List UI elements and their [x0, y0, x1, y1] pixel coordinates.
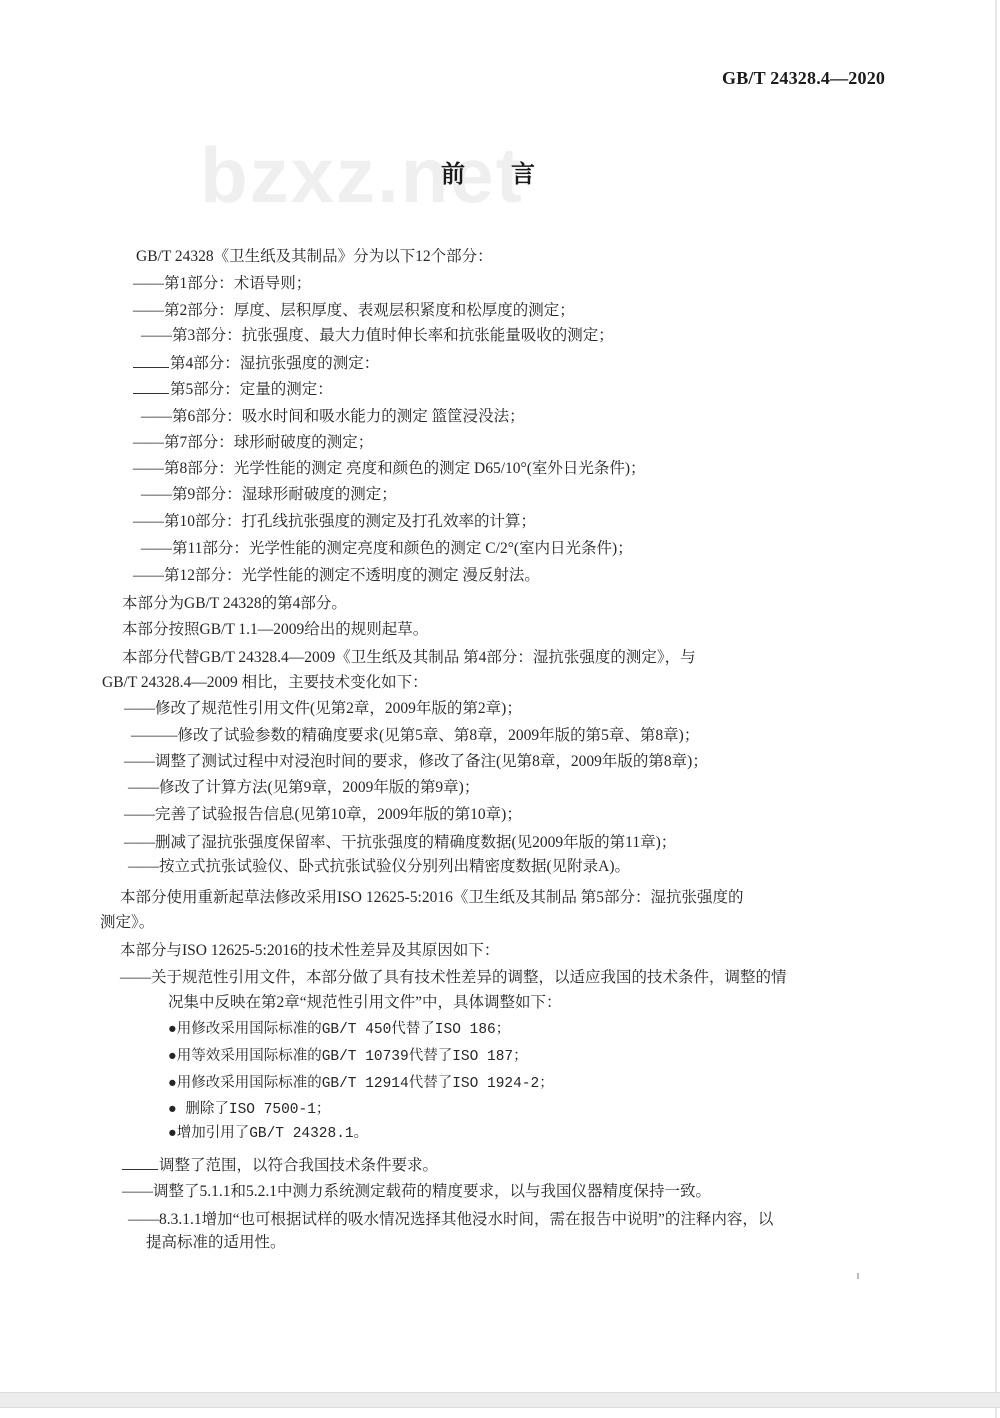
bullet-item: ●增加引用了GB/T 24328.1。	[168, 1124, 368, 1144]
blank-line	[133, 381, 169, 394]
part-item: ——第8部分：光学性能的测定 亮度和颜色的测定 D65/10°(室外日光条件)；	[133, 459, 646, 479]
blank-line	[133, 355, 169, 368]
diff-item: ——8.3.1.1增加“也可根据试样的吸水情况选择其他浸水时间，需在报告中说明”…	[128, 1210, 773, 1230]
paragraph-continued: GB/T 24328.4—2009 相比，主要技术变化如下：	[102, 673, 428, 693]
part-item: 第4部分：湿抗张强度的测定：	[133, 354, 379, 374]
paragraph: 本部分按照GB/T 1.1—2009给出的规则起草。	[122, 620, 428, 640]
part-item: ——第7部分：球形耐破度的测定；	[133, 433, 373, 453]
part-text: 第4部分：湿抗张强度的测定：	[170, 355, 379, 372]
part-item: 第5部分：定量的测定：	[133, 380, 333, 400]
change-item: ——按立式抗张试验仪、卧式抗张试验仪分别列出精密度数据(见附录A)。	[128, 857, 630, 877]
paragraph: 本部分代替GB/T 24328.4—2009《卫生纸及其制品 第4部分：湿抗张强…	[122, 648, 696, 668]
part-item: ——第10部分：打孔线抗张强度的测定及打孔效率的计算；	[133, 512, 536, 532]
page-separator	[0, 1392, 1000, 1408]
page-title: 前言	[441, 154, 581, 189]
bullet-item: ● 删除了ISO 7500-1；	[168, 1100, 330, 1120]
part-item: ——第1部分：术语导则；	[133, 274, 311, 294]
page-edge	[995, 0, 997, 1418]
bullet-item: ●用修改采用国际标准的GB/T 450代替了ISO 186；	[168, 1020, 510, 1040]
part-text: 第5部分：定量的测定：	[170, 381, 333, 398]
paragraph-continued: 测定》。	[100, 913, 154, 933]
diff-item-continued: 提高标准的适用性。	[146, 1233, 286, 1253]
change-item: ——修改了规范性引用文件(见第2章，2009年版的第2章)；	[124, 699, 522, 719]
page-number-mark	[857, 1273, 859, 1279]
diff-item: 调整了范围，以符合我国技术条件要求。	[122, 1156, 438, 1176]
part-item: ——第12部分：光学性能的测定不透明度的测定 漫反射法。	[133, 566, 540, 586]
part-item: ——第3部分：抗张强度、最大力值时伸长率和抗张能量吸收的测定；	[141, 326, 614, 346]
part-item: ——第6部分：吸水时间和吸水能力的测定 篮筐浸没法；	[141, 407, 525, 427]
standard-code: GB/T 24328.4—2020	[722, 68, 885, 89]
intro-text: GB/T 24328《卫生纸及其制品》分为以下12个部分：	[136, 247, 493, 267]
paragraph: 本部分与ISO 12625-5:2016的技术性差异及其原因如下：	[120, 941, 499, 961]
part-item: ——第2部分：厚度、层积厚度、表观层积紧度和松厚度的测定；	[133, 301, 575, 321]
diff-text: 调整了范围，以符合我国技术条件要求。	[159, 1157, 438, 1174]
paragraph: 本部分为GB/T 24328的第4部分。	[122, 594, 347, 614]
change-item: ——完善了试验报告信息(见第10章，2009年版的第10章)；	[124, 805, 522, 825]
part-item: ——第11部分：光学性能的测定亮度和颜色的测定 C/2°(室内日光条件)；	[141, 539, 633, 559]
diff-item: ——关于规范性引用文件，本部分做了具有技术性差异的调整，以适应我国的技术条件，调…	[120, 968, 787, 988]
diff-item: ——调整了5.1.1和5.2.1中测力系统测定载荷的精度要求，以与我国仪器精度保…	[122, 1182, 711, 1202]
paragraph: 本部分使用重新起草法修改采用ISO 12625-5:2016《卫生纸及其制品 第…	[120, 888, 743, 908]
diff-item-continued: 况集中反映在第2章“规范性引用文件”中，具体调整如下：	[168, 993, 562, 1013]
change-item: ———修改了试验参数的精确度要求(见第5章、第8章，2009年版的第5章、第8章…	[131, 726, 699, 746]
change-item: ——修改了计算方法(见第9章，2009年版的第9章)；	[128, 778, 479, 798]
change-item: ——调整了测试过程中对浸泡时间的要求，修改了备注(见第8章，2009年版的第8章…	[124, 752, 708, 772]
blank-line	[122, 1157, 158, 1170]
change-item: ——删减了湿抗张强度保留率、干抗张强度的精确度数据(见2009年版的第11章)；	[124, 833, 676, 853]
part-item: ——第9部分：湿球形耐破度的测定；	[141, 485, 397, 505]
bullet-item: ●用修改采用国际标准的GB/T 12914代替了ISO 1924-2；	[168, 1074, 554, 1094]
bullet-item: ●用等效采用国际标准的GB/T 10739代替了ISO 187；	[168, 1047, 528, 1067]
